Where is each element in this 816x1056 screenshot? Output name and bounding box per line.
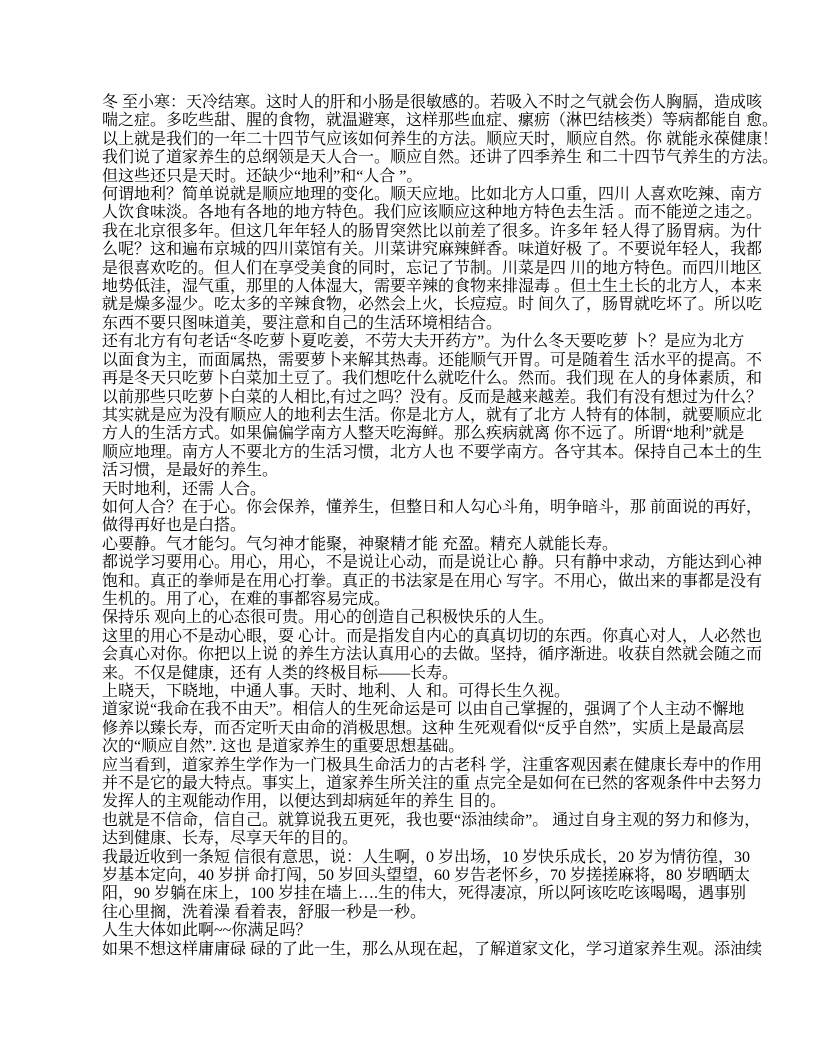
document-page: 冬 至小寒：天冷结寒。这时人的肝和小肠是很敏感的。若吸入不时之气就会伤人胸膈，造… xyxy=(0,0,816,1056)
document-body-text: 冬 至小寒：天冷结寒。这时人的肝和小肠是很敏感的。若吸入不时之气就会伤人胸膈，造… xyxy=(102,94,727,959)
